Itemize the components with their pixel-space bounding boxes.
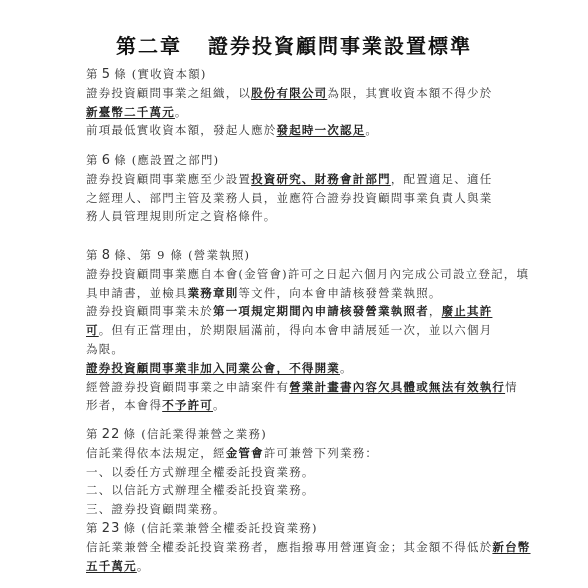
text-segment: 信託業得依本法規定，經: [86, 446, 226, 460]
article-number: 22: [102, 427, 121, 442]
text-segment: 為限，其實收資本額不得少於: [327, 86, 492, 100]
article-subtitle: 條 (信託業兼營全權委託投資業務): [124, 521, 318, 535]
article-text-line: 之經理人、部門主管及業務人員，並應符合證券投資顧問事業負責人與業: [86, 190, 492, 206]
article-text-line: 三、證券投資顧問業務。: [86, 501, 226, 517]
underlined-emphasis: 五千萬元: [86, 559, 137, 573]
underlined-emphasis: 營業計畫書內容欠具體或無法有效執行: [289, 380, 505, 394]
article-subtitle: 條、第 9 條 (營業執照): [114, 248, 250, 262]
text-segment: 情: [505, 380, 518, 394]
bold-emphasis: 業務章則: [188, 286, 239, 300]
underlined-emphasis: 新臺幣二千萬元: [86, 105, 175, 119]
text-segment: 經營證券投資顧問事業之申請案件有: [86, 380, 289, 394]
text-segment: 為限。: [86, 342, 124, 356]
text-segment: 。: [365, 123, 378, 137]
underlined-emphasis: 證券投資顧問事業非加入同業公會，不得開業: [86, 361, 340, 375]
text-segment: 等文件，向本會申請核發營業執照。: [238, 286, 441, 300]
chapter-name: 證券投資顧問事業設置標準: [208, 34, 472, 58]
article-text-line: 新臺幣二千萬元。: [86, 104, 188, 120]
text-segment: 。: [340, 361, 353, 375]
text-segment: 證券投資顧問事業應自本會(金管會)許可之日起六個月內完成公司設立登記，填: [86, 267, 529, 281]
article-heading: 第6條 (應設置之部門): [86, 152, 219, 168]
underlined-emphasis: 廢止其許: [442, 304, 493, 318]
article-text-line: 具申請書，並檢具業務章則等文件，向本會申請核發營業執照。: [86, 285, 442, 301]
article-number: 6: [102, 153, 111, 168]
underlined-emphasis: 可: [86, 323, 99, 337]
article-prefix: 第: [86, 521, 99, 535]
text-segment: ，配置適足、適任: [391, 172, 493, 186]
text-segment: 證券投資顧問事業未於: [86, 304, 213, 318]
underlined-emphasis: 投資研究、財務會計部門: [251, 172, 391, 186]
article-prefix: 第: [86, 67, 99, 81]
article-subtitle: 條 (實收資本額): [114, 67, 206, 81]
article-number: 8: [102, 248, 111, 263]
article-subtitle: 條 (應設置之部門): [114, 153, 219, 167]
article-text-line: 證券投資顧問事業應自本會(金管會)許可之日起六個月內完成公司設立登記，填: [86, 266, 529, 282]
article-text-line: 前項最低實收資本額，發起人應於發起時一次認足。: [86, 122, 378, 138]
text-segment: 信託業兼營全權委託投資業務者，應指撥專用營運資金；其金額不得低於: [86, 540, 492, 554]
underlined-emphasis: 股份有限公司: [251, 86, 327, 100]
underlined-emphasis: 不予許可: [162, 398, 213, 412]
bold-emphasis: 第一項規定期間內申請核發營業執照者: [213, 304, 429, 318]
article-text-line: 證券投資顧問事業未於第一項規定期間內申請核發營業執照者，廢止其許: [86, 303, 492, 319]
text-segment: 形者，本會得: [86, 398, 162, 412]
text-segment: ，: [429, 304, 442, 318]
article-text-line: 務人員管理規則所定之資格條件。: [86, 208, 277, 224]
underlined-emphasis: 發起時一次認足: [277, 123, 366, 137]
article-heading: 第8條、第 9 條 (營業執照): [86, 247, 250, 263]
article-text-line: 信託業得依本法規定，經金管會許可兼營下列業務：: [86, 445, 378, 461]
text-segment: 證券投資顧問事業應至少設置: [86, 172, 251, 186]
text-segment: 許可兼營下列業務：: [264, 446, 378, 460]
article-text-line: 證券投資顧問事業之組織，以股份有限公司為限，其實收資本額不得少於: [86, 85, 492, 101]
article-text-line: 證券投資顧問事業應至少設置投資研究、財務會計部門，配置適足、適任: [86, 171, 492, 187]
text-segment: 一、以委任方式辦理全權委託投資業務。: [86, 465, 315, 479]
article-number: 5: [102, 67, 111, 82]
article-heading: 第23條 (信託業兼營全權委託投資業務): [86, 520, 318, 536]
underlined-emphasis: 新台幣: [492, 540, 530, 554]
chapter-number: 第二章: [116, 34, 182, 58]
article-text-line: 二、以信託方式辦理全權委託投資業務。: [86, 482, 315, 498]
text-segment: 務人員管理規則所定之資格條件。: [86, 209, 277, 223]
text-segment: 。但有正當理由，於期限屆滿前，得向本會申請展延一次，並以六個月: [99, 323, 493, 337]
article-text-line: 經營證券投資顧問事業之申請案件有營業計畫書內容欠具體或無法有效執行情: [86, 379, 518, 395]
article-text-line: 形者，本會得不予許可。: [86, 397, 226, 413]
text-segment: 。: [175, 105, 188, 119]
text-segment: 前項最低實收資本額，發起人應於: [86, 123, 277, 137]
article-text-line: 為限。: [86, 341, 124, 357]
text-segment: 三、證券投資顧問業務。: [86, 502, 226, 516]
article-heading: 第5條 (實收資本額): [86, 66, 207, 82]
text-segment: 之經理人、部門主管及業務人員，並應符合證券投資顧問事業負責人與業: [86, 191, 492, 205]
article-text-line: 可。但有正當理由，於期限屆滿前，得向本會申請展延一次，並以六個月: [86, 322, 492, 338]
article-text-line: 證券投資顧問事業非加入同業公會，不得開業。: [86, 360, 353, 376]
text-segment: 。: [213, 398, 226, 412]
article-text-line: 信託業兼營全權委託投資業務者，應指撥專用營運資金；其金額不得低於新台幣: [86, 539, 531, 555]
text-segment: 二、以信託方式辦理全權委託投資業務。: [86, 483, 315, 497]
article-prefix: 第: [86, 248, 99, 262]
text-segment: 。: [137, 559, 150, 573]
text-segment: 證券投資顧問事業之組織，以: [86, 86, 251, 100]
bold-emphasis: 金管會: [226, 446, 264, 460]
article-subtitle: 條 (信託業得兼營之業務): [124, 427, 267, 441]
article-text-line: 一、以委任方式辦理全權委託投資業務。: [86, 464, 315, 480]
article-number: 23: [102, 521, 121, 536]
article-prefix: 第: [86, 153, 99, 167]
article-prefix: 第: [86, 427, 99, 441]
article-text-line: 五千萬元。: [86, 558, 150, 574]
text-segment: 具申請書，並檢具: [86, 286, 188, 300]
article-heading: 第22條 (信託業得兼營之業務): [86, 426, 267, 442]
chapter-title: 第二章證券投資顧問事業設置標準: [0, 30, 588, 59]
